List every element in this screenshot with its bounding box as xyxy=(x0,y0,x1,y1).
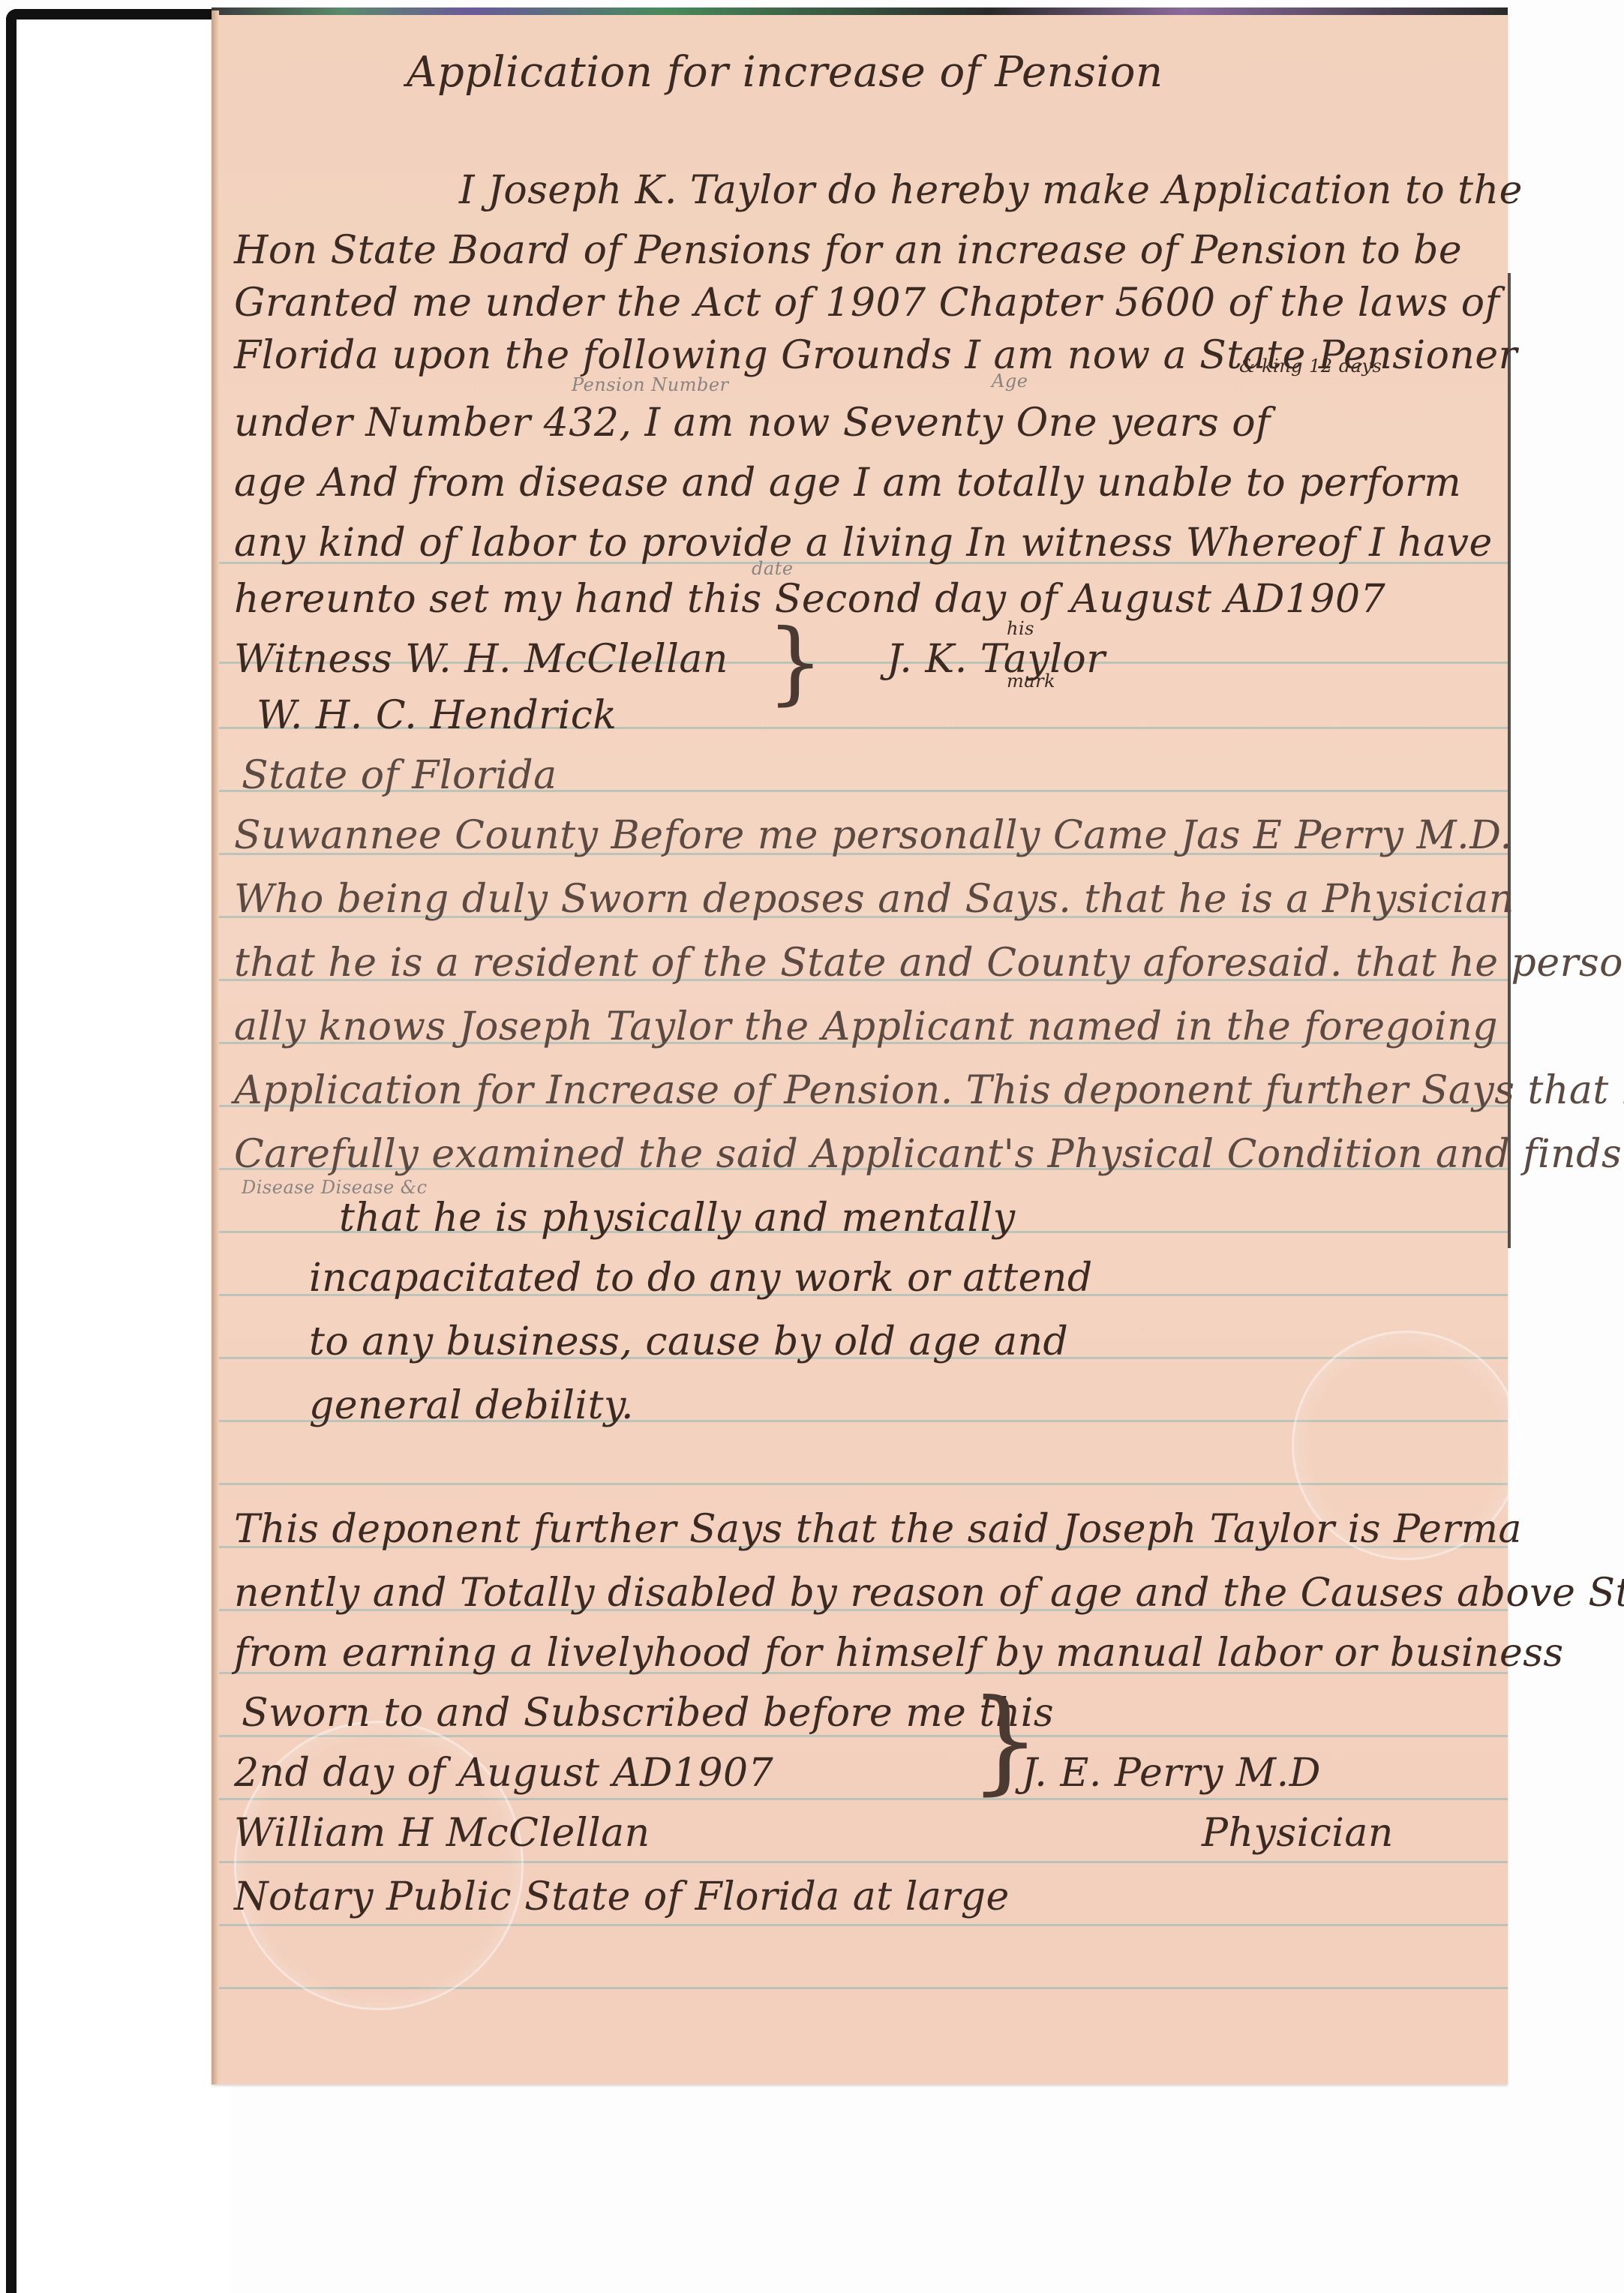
scanner-frame xyxy=(6,9,231,2293)
affidavit-line: Application for Increase of Pension. Thi… xyxy=(234,1068,1624,1113)
applicant-line: any kind of labor to provide a living In… xyxy=(234,521,1493,566)
further-line: nently and Totally disabled by reason of… xyxy=(234,1571,1624,1616)
affidavit-county-line: Suwannee County Before me personally Cam… xyxy=(234,813,1513,858)
finding-line: that he is physically and mentally xyxy=(339,1196,1016,1241)
gloss-age: Age xyxy=(992,371,1028,392)
affidavit-line: Who being duly Sworn deposes and Says. t… xyxy=(234,877,1514,922)
notary-title: Notary Public State of Florida at large xyxy=(234,1874,1010,1919)
further-line: This deponent further Says that the said… xyxy=(234,1507,1522,1552)
mark-top: his xyxy=(1007,618,1034,639)
affidavit-state: State of Florida xyxy=(242,753,557,798)
applicant-line: Hon State Board of Pensions for an incre… xyxy=(234,228,1462,273)
applicant-line: I Joseph K. Taylor do hereby make Applic… xyxy=(459,168,1523,213)
physician-title: Physician xyxy=(1202,1811,1394,1856)
gloss-age-detail: & king 12 days xyxy=(1239,356,1382,377)
notary-name: William H McClellan xyxy=(234,1811,650,1856)
witness-2: W. H. C. Hendrick xyxy=(257,693,617,738)
further-line: Sworn to and Subscribed before me this xyxy=(242,1691,1054,1736)
witness-1: Witness W. H. McClellan xyxy=(234,637,728,682)
affidavit-line: Carefully examined the said Applicant's … xyxy=(234,1132,1622,1177)
paper-top-edge xyxy=(212,8,1508,15)
further-line: from earning a livelyhood for himself by… xyxy=(234,1631,1564,1676)
document-page: Application for increase of Pension I Jo… xyxy=(212,11,1508,2084)
finding-line: to any business, cause by old age and xyxy=(309,1319,1068,1364)
finding-line: incapacitated to do any work or attend xyxy=(309,1256,1093,1301)
document-title: Application for increase of Pension xyxy=(407,48,1163,97)
affidavit-line: ally knows Joseph Taylor the Applicant n… xyxy=(234,1004,1498,1049)
finding-line: general debility. xyxy=(309,1383,634,1428)
applicant-signature: J. K. Taylor xyxy=(887,637,1106,682)
gloss-disease: Disease Disease &c xyxy=(242,1177,428,1198)
gloss-pension-number: Pension Number xyxy=(572,374,729,395)
paper-left-edge xyxy=(212,11,219,2084)
brace: } xyxy=(767,611,824,715)
mark-bottom: mark xyxy=(1007,671,1055,692)
applicant-line: Granted me under the Act of 1907 Chapter… xyxy=(234,281,1499,326)
applicant-line: age And from disease and age I am totall… xyxy=(234,461,1461,506)
notary-date: 2nd day of August AD1907 xyxy=(234,1751,773,1796)
affidavit-line: that he is a resident of the State and C… xyxy=(234,941,1624,986)
applicant-line: under Number 432, I am now Seventy One y… xyxy=(234,401,1271,446)
gloss-date: date xyxy=(752,558,794,579)
physician-signature: J. E. Perry M.D xyxy=(1022,1751,1321,1796)
